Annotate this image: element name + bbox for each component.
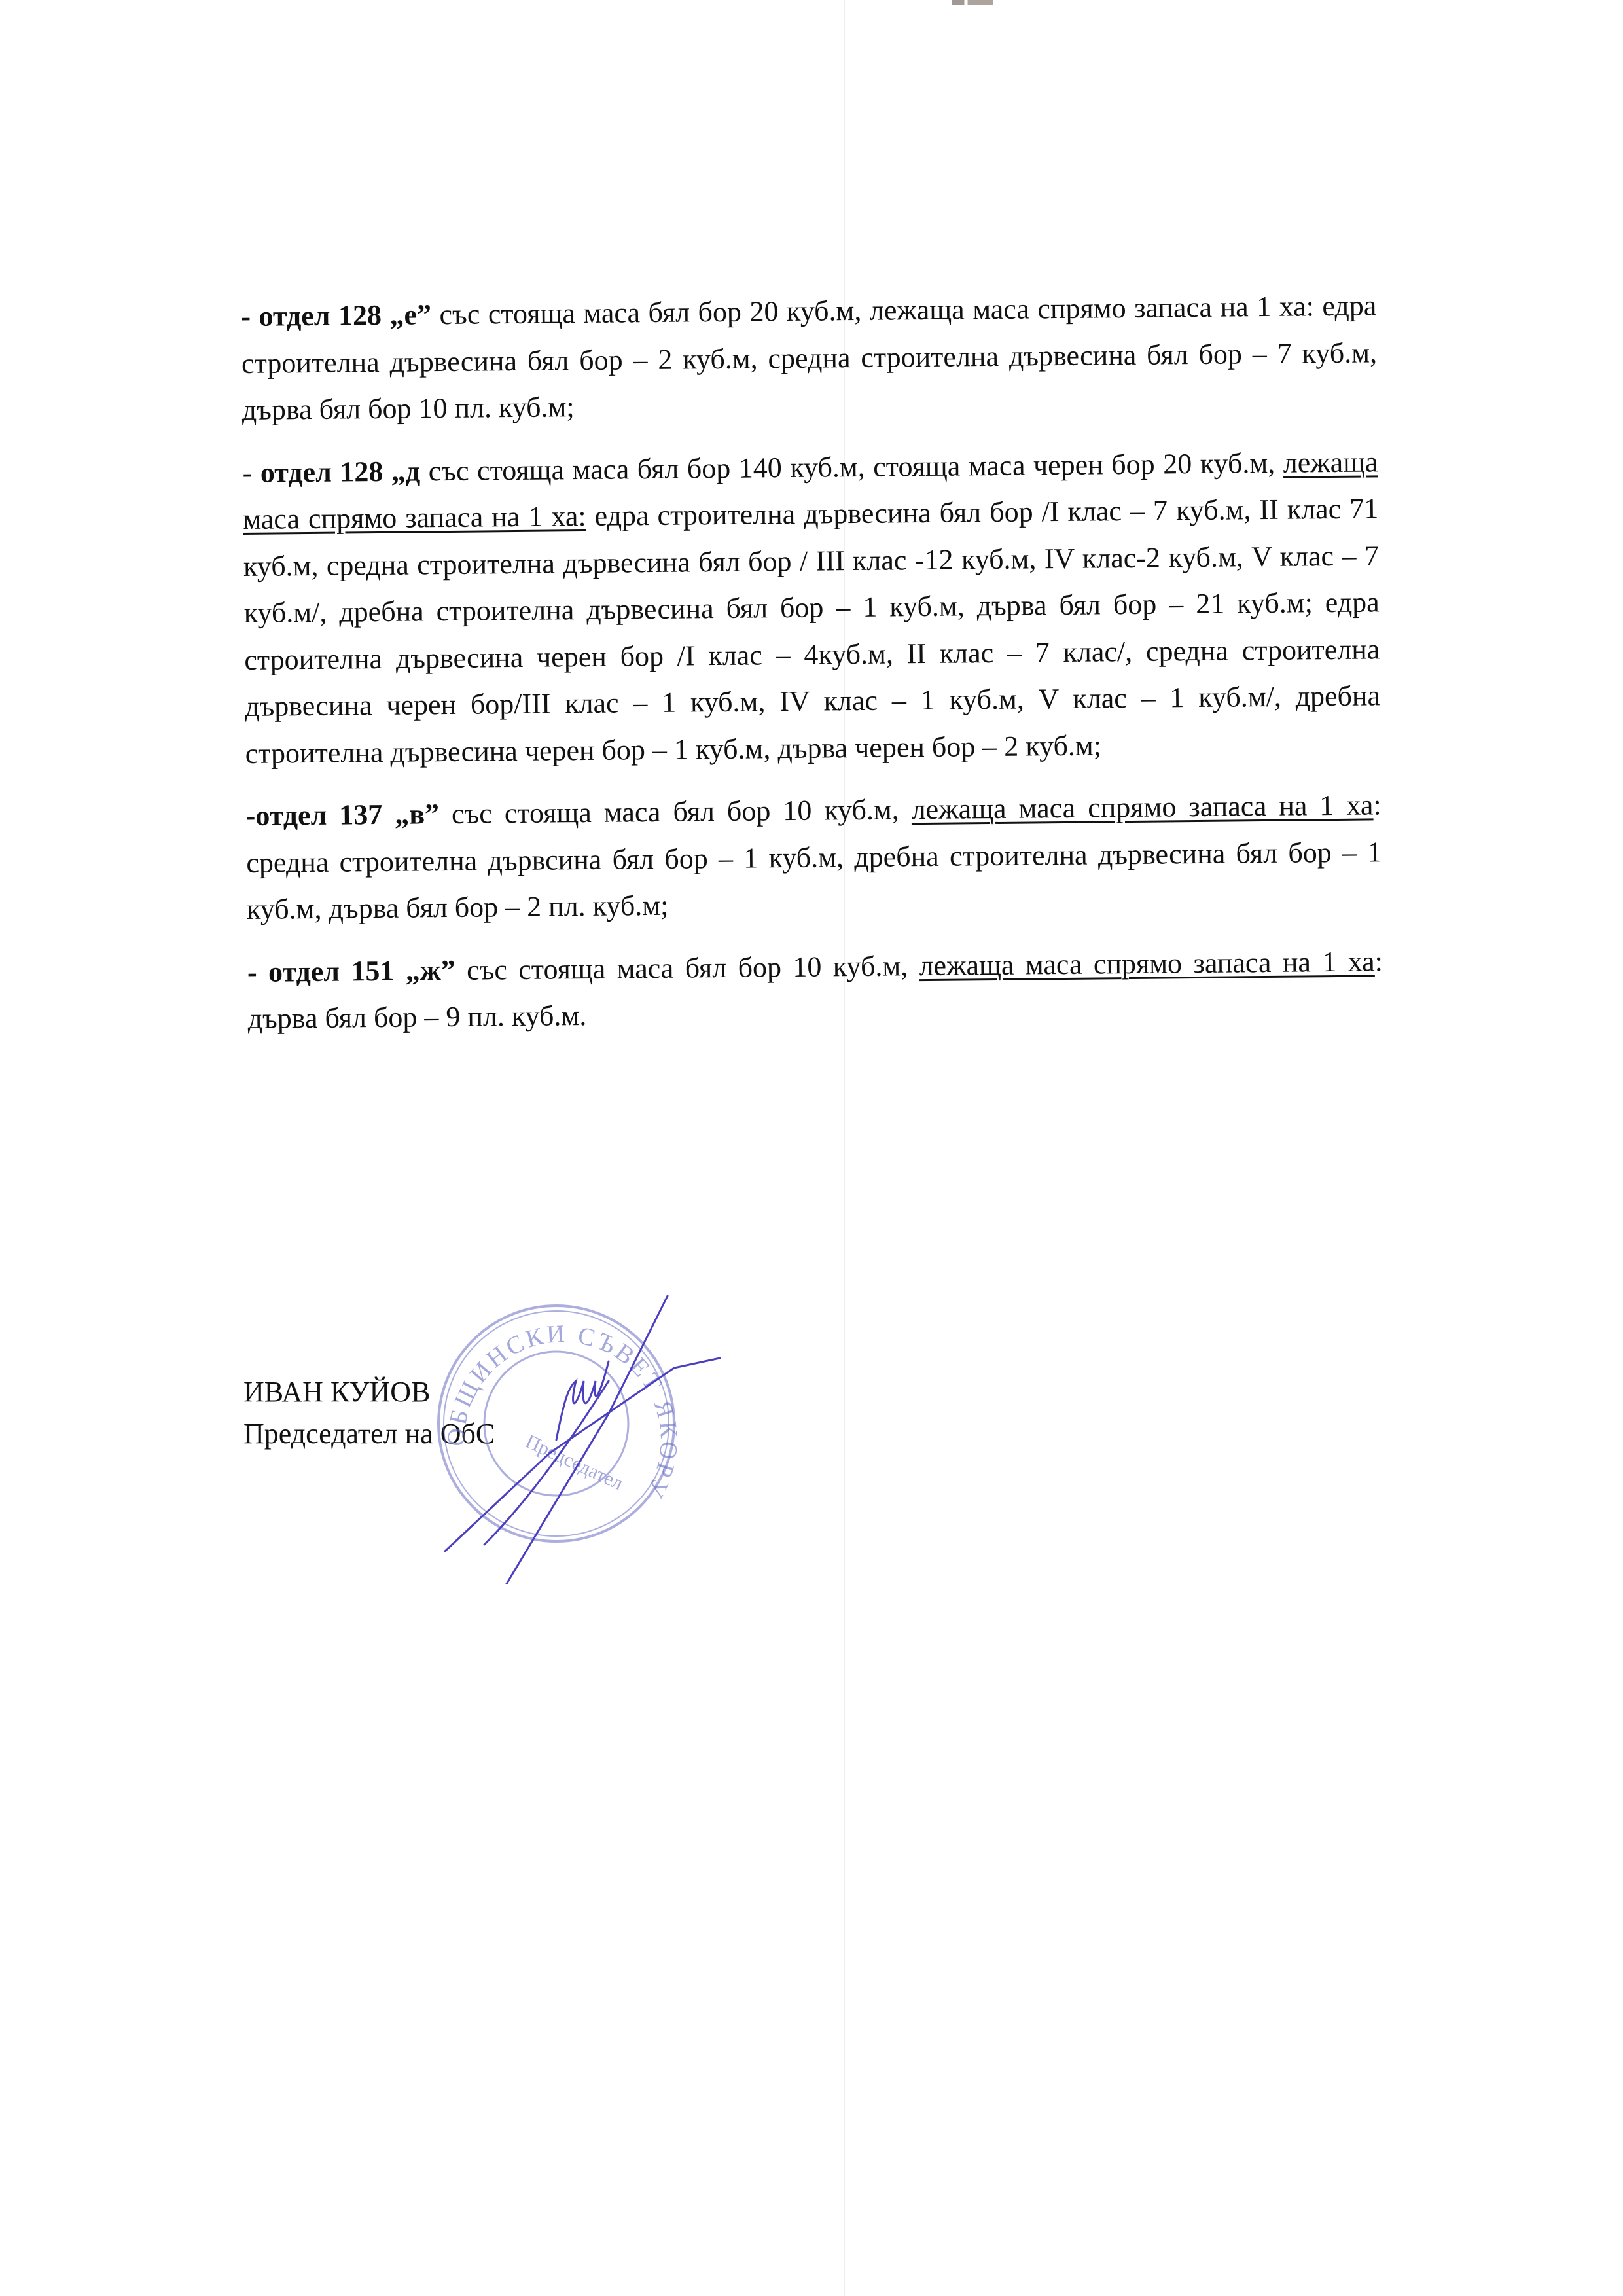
document-page: - отдел 128 „е” със стояща маса бял бор … [0, 0, 1623, 2296]
document-body: - отдел 128 „е” със стояща маса бял бор … [241, 282, 1383, 1058]
paragraph-text: едра строителна дървесина бял бор /I кла… [243, 492, 1380, 769]
paragraph-otdel-128-d: - отдел 128 „д със стояща маса бял бор 1… [242, 439, 1381, 777]
paragraph-heading: -отдел 137 „в” [245, 798, 439, 832]
signature-block: ИВАН КУЙОВ Председател на ОбС [243, 1371, 495, 1455]
paragraph-heading: - отдел 128 „е” [241, 298, 431, 332]
svg-text:Председател: Председател [522, 1431, 627, 1495]
paragraph-heading: - отдел 128 „д [242, 455, 420, 489]
scan-line [1535, 0, 1535, 2296]
paragraph-text: със стояща маса бял бор 10 куб.м, [455, 950, 919, 986]
scan-artifact [952, 0, 993, 5]
signatory-name: ИВАН КУЙОВ [243, 1371, 495, 1413]
underlined-text: лежаща маса спрямо запаса на 1 ха [919, 945, 1375, 982]
paragraph-heading: - отдел 151 „ж” [247, 954, 455, 988]
paragraph-otdel-151-zh: - отдел 151 „ж” със стояща маса бял бор … [247, 938, 1383, 1043]
paragraph-text: със стояща маса бял бор 140 куб.м, стоящ… [420, 446, 1283, 487]
paragraph-otdel-137-v: -отдел 137 „в” със стояща маса бял бор 1… [245, 781, 1382, 933]
underlined-text: лежаща маса спрямо запаса на 1 ха [911, 789, 1373, 825]
paragraph-otdel-128-e: - отдел 128 „е” със стояща маса бял бор … [241, 282, 1378, 433]
paragraph-text: със стояща маса бял бор 10 куб.м, [439, 793, 912, 830]
signatory-title: Председател на ОбС [243, 1413, 495, 1455]
